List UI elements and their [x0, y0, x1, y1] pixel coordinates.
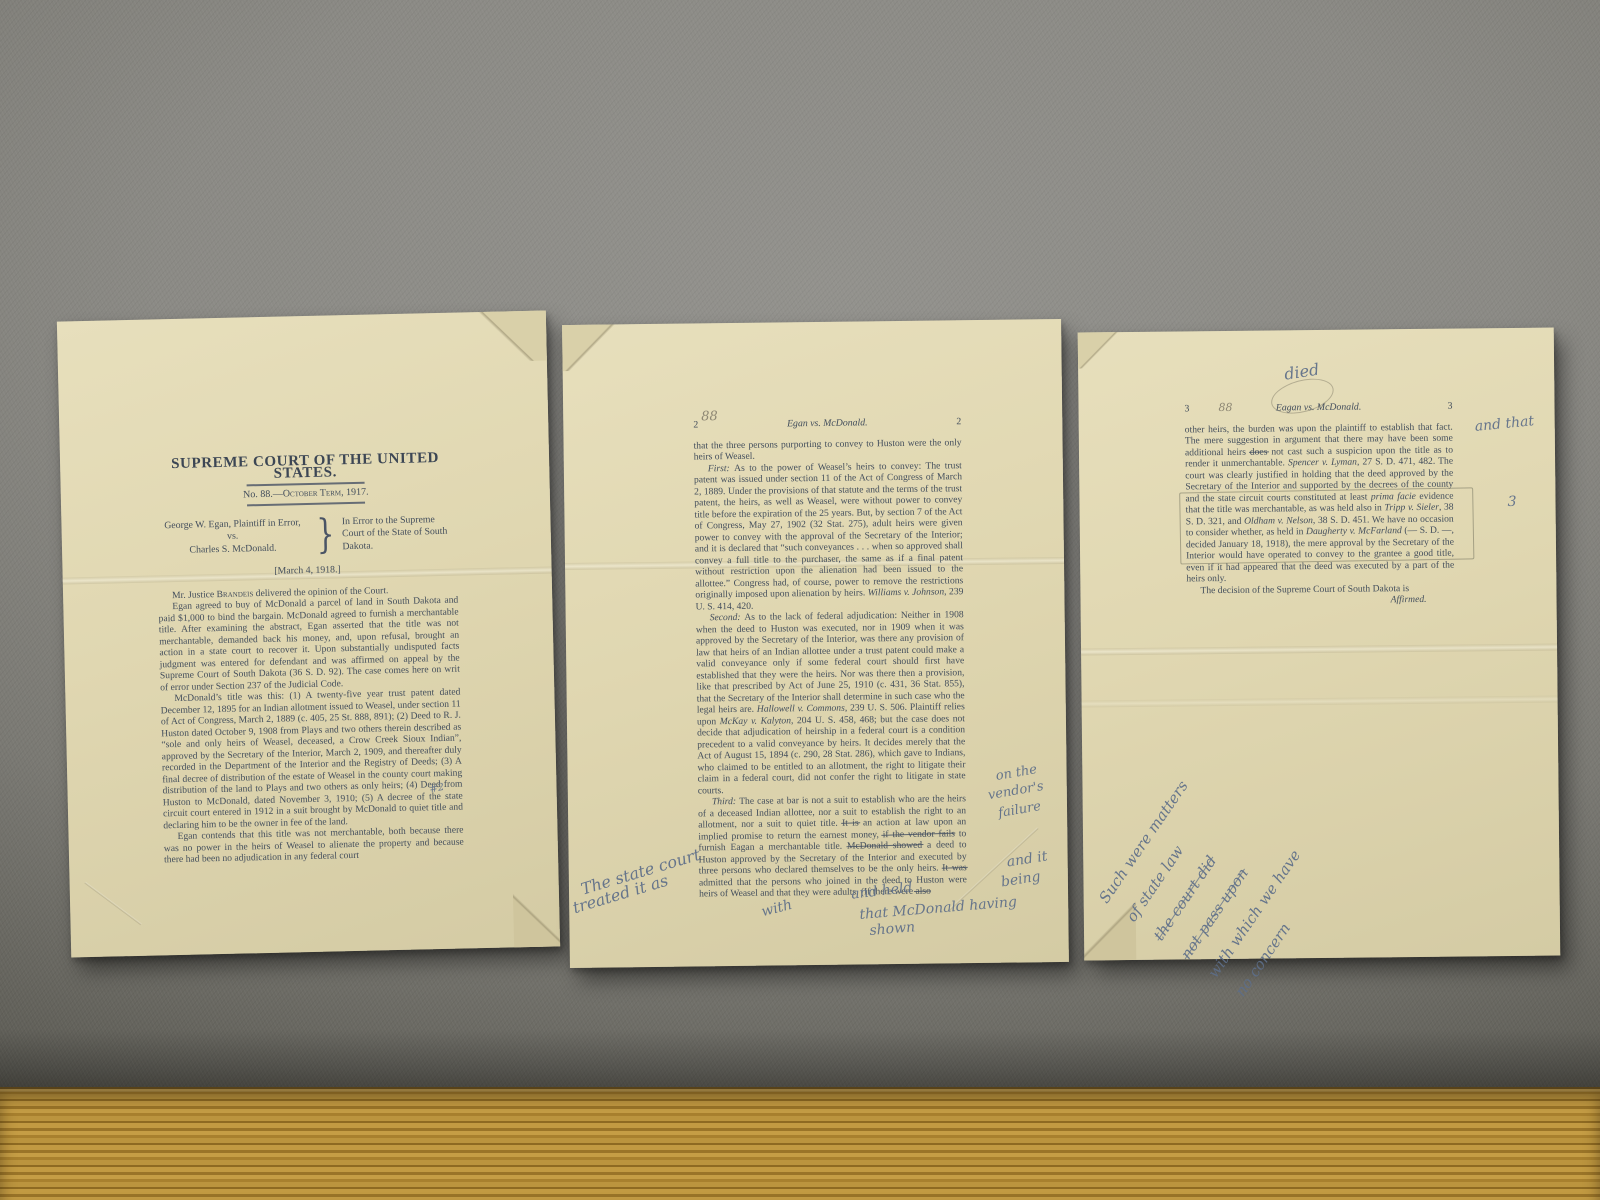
page1-rule-top [247, 482, 365, 486]
page3-folded-corner-top-left [1078, 332, 1120, 368]
document-page-3: died and that 88 3 3 Eagan vs. McDonald.… [1078, 328, 1561, 961]
page1-paragraph-3: Egan contends that this title was not me… [163, 825, 464, 866]
page2-margin-failure: failure [997, 799, 1042, 821]
table-edge-shadow [0, 1029, 1600, 1087]
page1-court-title: SUPREME COURT OF THE UNITED STATES. [155, 453, 455, 483]
page1-rule-bottom [247, 502, 365, 506]
page3-folio-left: 3 [1184, 403, 1189, 415]
page3-pencil-bracket-box [1179, 487, 1474, 564]
page2-margin-being: being [1000, 869, 1042, 891]
page3-margin-squiggle: 3 [1507, 494, 1516, 510]
page3-folio-right: 3 [1448, 401, 1453, 413]
page3-horizontal-crease-1 [1081, 644, 1557, 656]
page1-text-column: SUPREME COURT OF THE UNITED STATES. No. … [152, 313, 464, 866]
page1-corner-crease [84, 882, 141, 925]
page1-folded-corner-bottom-right [513, 888, 560, 947]
caption-brace: } [316, 529, 334, 541]
page2-intro-paragraph: that the three persons purporting to con… [694, 437, 962, 463]
page3-margin-and-that: and that [1474, 413, 1535, 435]
document-page-2: 88 2 Egan vs. McDonald. 2 that the three… [562, 319, 1069, 968]
page1-paragraph-1: Egan agreed to buy of McDonald a parcel … [158, 595, 460, 694]
page2-text-column: 2 Egan vs. McDonald. 2 that the three pe… [693, 416, 967, 900]
page3-horizontal-crease-2 [1082, 696, 1558, 708]
page2-paragraph-third: Third: The case at bar is not a suit to … [698, 793, 967, 900]
page2-paragraph-first: First: As to the power of Weasel’s heirs… [694, 460, 964, 613]
page2-folio-right: 2 [956, 416, 961, 428]
page1-paragraph-2: McDonald’s title was this: (1) A twenty-… [160, 687, 463, 832]
page2-folio-left: 2 [693, 419, 698, 431]
page3-running-head: 3 Eagan vs. McDonald. 3 [1184, 401, 1452, 415]
page2-note-shown: shown [869, 919, 916, 939]
page2-folded-corner-top-left [562, 324, 619, 371]
page1-case-caption: George W. Egan, Plaintiff in Error, vs. … [156, 513, 457, 557]
document-page-1: SUPREME COURT OF THE UNITED STATES. No. … [57, 311, 560, 958]
page1-folded-corner-top-right [466, 311, 547, 363]
photo-of-court-documents: SUPREME COURT OF THE UNITED STATES. No. … [0, 0, 1600, 1200]
page1-caption-jurisdiction: In Error to the Supreme Court of the Sta… [342, 513, 457, 553]
caption-defendant: Charles S. McDonald. [157, 542, 309, 558]
page2-case-name: Egan vs. McDonald. [787, 417, 868, 429]
page3-case-name: Eagan vs. McDonald. [1276, 402, 1362, 414]
page2-note-with: with [760, 897, 794, 920]
page1-docket-line: No. 88.—October Term, 1917. [156, 484, 456, 502]
page1-caption-parties: George W. Egan, Plaintiff in Error, vs. … [156, 517, 309, 558]
page1-decision-date: [March 4, 1918.] [157, 562, 457, 580]
page2-running-head: 2 Egan vs. McDonald. 2 [693, 416, 961, 431]
wood-table-edge [0, 1087, 1600, 1200]
page2-paragraph-second: Second: As to the lack of federal adjudi… [696, 609, 966, 796]
